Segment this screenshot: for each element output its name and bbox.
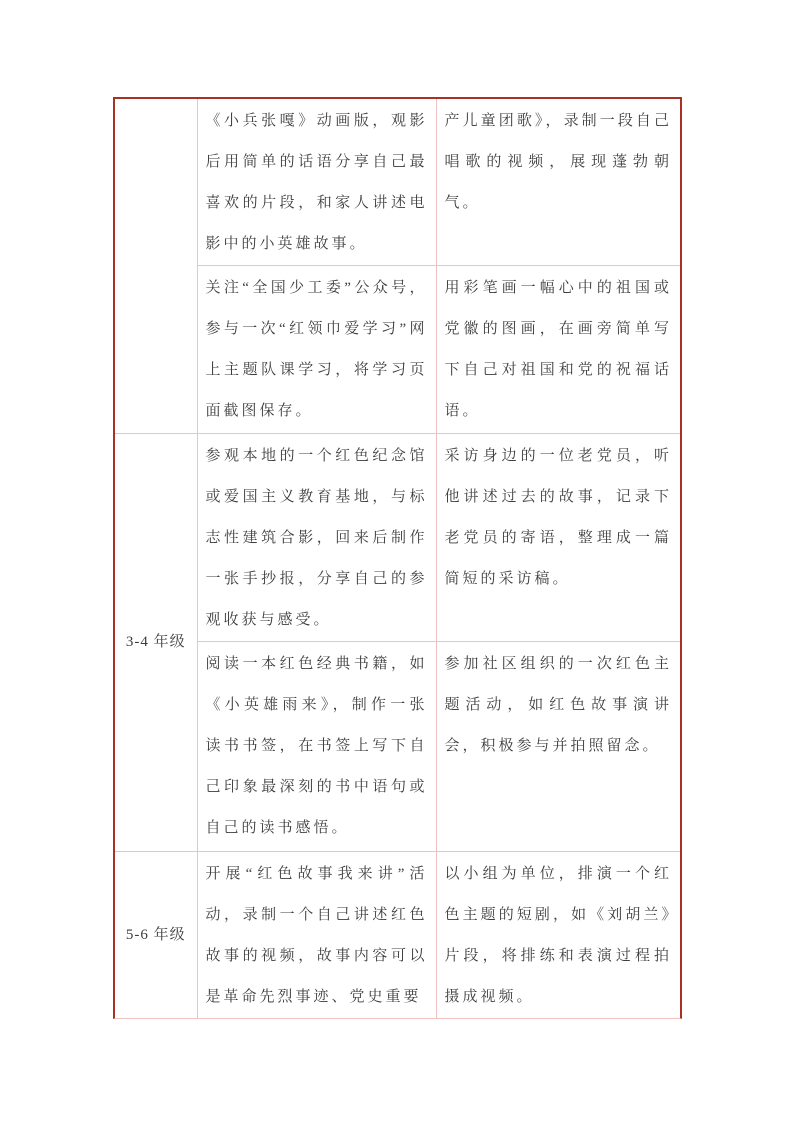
activity-cell-r4c2: 参加社区组织的一次红色主题活动，如红色故事演讲会，积极参与并拍照留念。 <box>436 642 680 852</box>
table-row: 3-4 年级 参观本地的一个红色纪念馆或爱国主义教育基地，与标志性建筑合影，回来… <box>115 434 680 642</box>
activity-cell-r3c2: 采访身边的一位老党员，听他讲述过去的故事，记录下老党员的寄语，整理成一篇简短的采… <box>436 434 680 642</box>
activity-cell-r5c1: 开展“红色故事我来讲”活动，录制一个自己讲述红色故事的视频，故事内容可以是革命先… <box>197 852 436 1019</box>
grade-cell-3-4: 3-4 年级 <box>115 434 197 852</box>
activity-cell-r3c1: 参观本地的一个红色纪念馆或爱国主义教育基地，与标志性建筑合影，回来后制作一张手抄… <box>197 434 436 642</box>
table-row: 阅读一本红色经典书籍，如《小英雄雨来》，制作一张读书书签，在书签上写下自己印象最… <box>115 642 680 852</box>
grade-cell-5-6: 5-6 年级 <box>115 852 197 1019</box>
document-page: 《小兵张嘎》动画版，观影后用简单的话语分享自己最喜欢的片段，和家人讲述电影中的小… <box>0 0 793 1122</box>
table-outer-border: 《小兵张嘎》动画版，观影后用简单的话语分享自己最喜欢的片段，和家人讲述电影中的小… <box>113 97 682 1019</box>
activity-cell-r1c1: 《小兵张嘎》动画版，观影后用简单的话语分享自己最喜欢的片段，和家人讲述电影中的小… <box>197 99 436 266</box>
grade-activities-table: 《小兵张嘎》动画版，观影后用简单的话语分享自己最喜欢的片段，和家人讲述电影中的小… <box>115 99 680 1018</box>
activity-cell-r4c1: 阅读一本红色经典书籍，如《小英雄雨来》，制作一张读书书签，在书签上写下自己印象最… <box>197 642 436 852</box>
activity-cell-r2c1: 关注“全国少工委”公众号，参与一次“红领巾爱学习”网上主题队课学习，将学习页面截… <box>197 266 436 434</box>
activity-cell-r2c2: 用彩笔画一幅心中的祖国或党徽的图画，在画旁简单写下自己对祖国和党的祝福话语。 <box>436 266 680 434</box>
table-row: 《小兵张嘎》动画版，观影后用简单的话语分享自己最喜欢的片段，和家人讲述电影中的小… <box>115 99 680 266</box>
table-row: 关注“全国少工委”公众号，参与一次“红领巾爱学习”网上主题队课学习，将学习页面截… <box>115 266 680 434</box>
activity-cell-r5c2: 以小组为单位，排演一个红色主题的短剧，如《刘胡兰》片段，将排练和表演过程拍摄成视… <box>436 852 680 1019</box>
grade-cell-continued <box>115 99 197 434</box>
table-row: 5-6 年级 开展“红色故事我来讲”活动，录制一个自己讲述红色故事的视频，故事内… <box>115 852 680 1019</box>
activity-cell-r1c2: 产儿童团歌》，录制一段自己唱歌的视频，展现蓬勃朝气。 <box>436 99 680 266</box>
